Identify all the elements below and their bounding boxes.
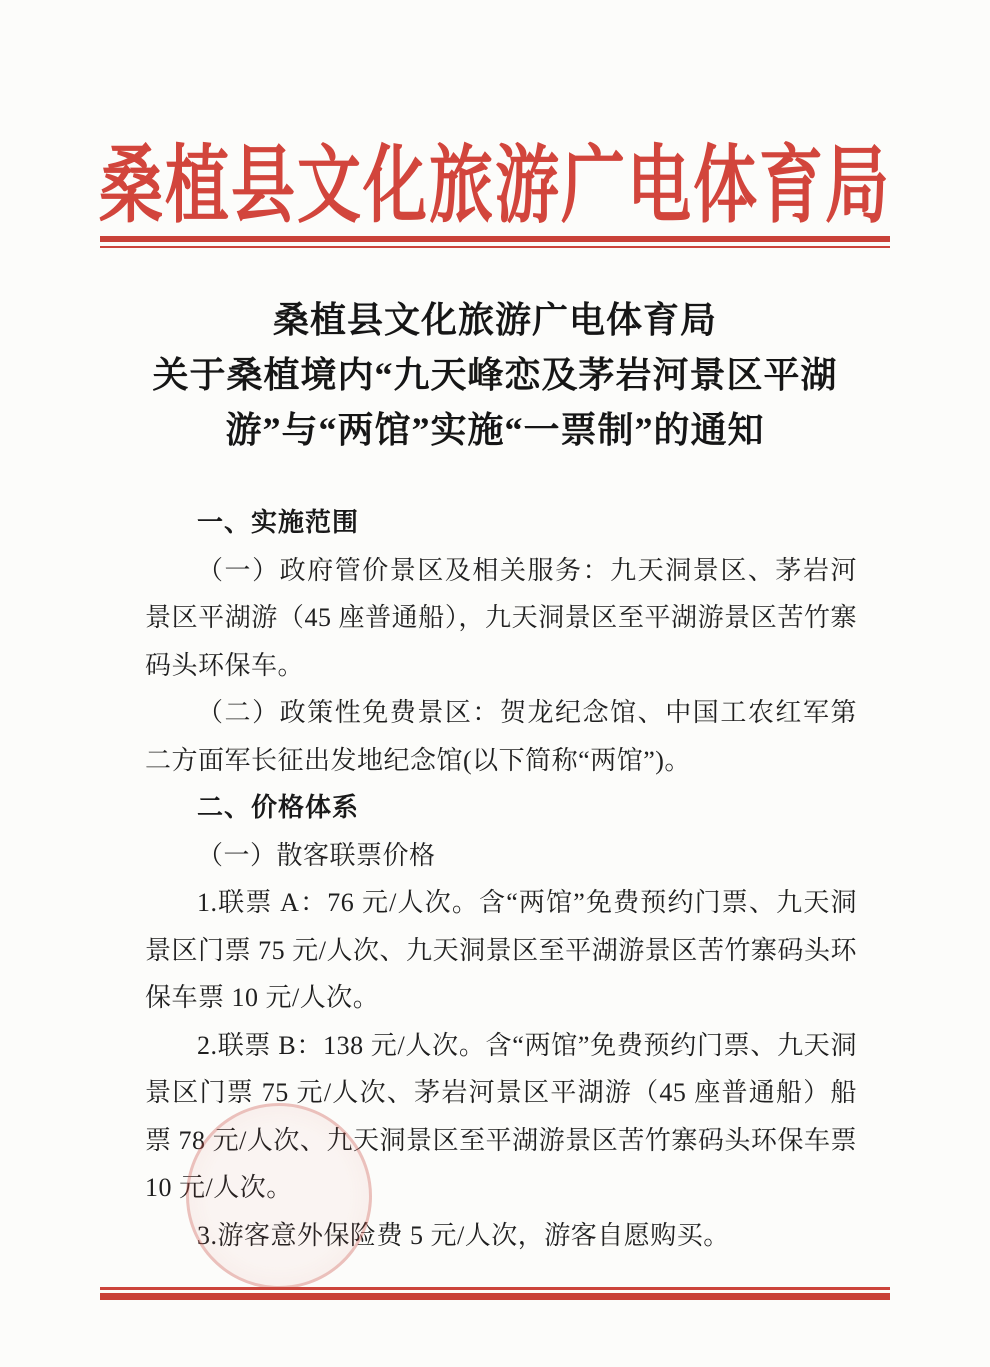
footer-rule-group — [100, 1287, 890, 1300]
header-rule-thin — [100, 246, 890, 248]
section-heading-4: 二、价格体系 — [145, 784, 857, 832]
document-title: 桑植县文化旅游广电体育局 关于桑植境内“九天峰恋及茅岩河景区平湖 游”与“两馆”… — [80, 293, 910, 458]
body-paragraph-2: （一）政府管价景区及相关服务：九天洞景区、茅岩河景区平湖游（45 座普通船），九… — [145, 547, 857, 690]
document-title-line-1: 桑植县文化旅游广电体育局 — [80, 293, 910, 348]
sub-heading-5: （一）散客联票价格 — [145, 832, 857, 880]
agency-masthead: 桑植县文化旅游广电体育局 — [0, 118, 990, 239]
section-heading-1: 一、实施范围 — [145, 499, 857, 547]
body-paragraph-3: （二）政策性免费景区：贺龙纪念馆、中国工农红军第二方面军长征出发地纪念馆(以下简… — [145, 689, 857, 784]
document-title-line-2: 关于桑植境内“九天峰恋及茅岩河景区平湖 — [80, 348, 910, 403]
document-title-line-3: 游”与“两馆”实施“一票制”的通知 — [80, 403, 910, 458]
footer-rule-thin — [100, 1287, 890, 1290]
document-page: 桑植县文化旅游广电体育局 桑植县文化旅游广电体育局 关于桑植境内“九天峰恋及茅岩… — [0, 0, 990, 1367]
body-paragraph-6: 1.联票 A：76 元/人次。含“两馆”免费预约门票、九天洞景区门票 75 元/… — [145, 879, 857, 1022]
header-rule-thick — [100, 236, 890, 242]
header-rule-group — [100, 236, 890, 248]
footer-rule-thick — [100, 1293, 890, 1300]
